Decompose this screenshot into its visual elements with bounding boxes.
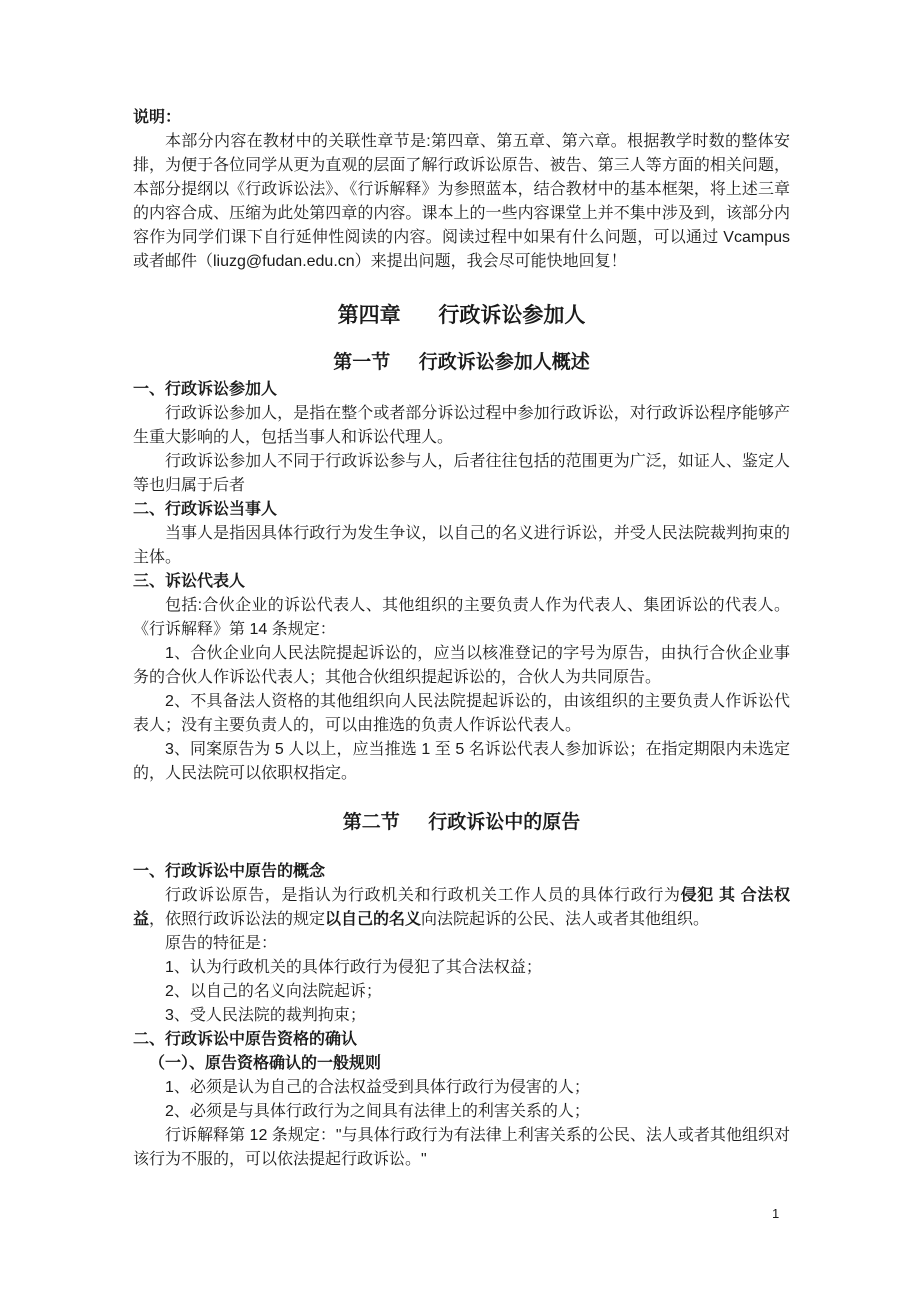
page-number: 1: [772, 1206, 779, 1222]
list-item: 1、必须是认为自己的合法权益受到具体行政行为侵害的人；: [133, 1076, 790, 1100]
list-item: 3、同案原告为 5 人以上，应当推选 1 至 5 名诉讼代表人参加诉讼；在指定期…: [133, 738, 790, 786]
list-item: 1、合伙企业向人民法院提起诉讼的，应当以核准登记的字号为原告，由执行合伙企业事务…: [133, 642, 790, 690]
intro-paragraph: 本部分内容在教材中的关联性章节是:第四章、第五章、第六章。根据教学时数的整体安排…: [133, 130, 790, 274]
list-item: 1、认为行政机关的具体行政行为侵犯了其合法权益；: [133, 956, 790, 980]
section2-subheading-2: 二、行政诉讼中原告资格的确认: [133, 1028, 790, 1052]
section1-subheading-2: 二、行政诉讼当事人: [133, 498, 790, 522]
section2-subheading-2-1: （一）、原告资格确认的一般规则: [133, 1052, 790, 1076]
document-content: 说明： 本部分内容在教材中的关联性章节是:第四章、第五章、第六章。根据教学时数的…: [133, 106, 790, 1172]
section1-heading: 第一节 行政诉讼参加人概述: [133, 350, 790, 376]
concept-text: ，依照行政诉讼法的规定: [149, 911, 325, 928]
body-paragraph: 当事人是指因具体行政行为发生争议，以自己的名义进行诉讼，并受人民法院裁判拘束的主…: [133, 522, 790, 570]
section2-heading: 第二节 行政诉讼中的原告: [133, 810, 790, 836]
chapter-heading: 第四章 行政诉讼参加人: [133, 300, 790, 332]
list-item: 3、受人民法院的裁判拘束；: [133, 1004, 790, 1028]
section1-title: 行政诉讼参加人概述: [419, 350, 590, 376]
list-item: 2、必须是与具体行政行为之间具有法律上的利害关系的人；: [133, 1100, 790, 1124]
concept-text: 行政诉讼原告，是指认为行政机关和行政机关工作人员的具体行政行为: [165, 887, 681, 904]
concept-bold-phrase: 以自己的名义: [325, 911, 421, 928]
document-page: 说明： 本部分内容在教材中的关联性章节是:第四章、第五章、第六章。根据教学时数的…: [0, 0, 920, 1302]
body-paragraph: 包括:合伙企业的诉讼代表人、其他组织的主要负责人作为代表人、集团诉讼的代表人。《…: [133, 594, 790, 642]
concept-paragraph: 行政诉讼原告，是指认为行政机关和行政机关工作人员的具体行政行为侵犯 其 合法权益…: [133, 884, 790, 932]
section1-number: 第一节: [333, 350, 390, 376]
section2-subheading-1: 一、行政诉讼中原告的概念: [133, 860, 790, 884]
chapter-number: 第四章: [338, 300, 401, 332]
intro-label: 说明：: [133, 106, 790, 130]
list-item: 2、以自己的名义向法院起诉；: [133, 980, 790, 1004]
section2-number: 第二节: [343, 810, 400, 836]
body-paragraph: 行政诉讼参加人不同于行政诉讼参与人，后者往往包括的范围更为广泛，如证人、鉴定人等…: [133, 450, 790, 498]
chapter-title: 行政诉讼参加人: [438, 300, 585, 332]
section2-title: 行政诉讼中的原告: [428, 810, 580, 836]
body-paragraph: 行政诉讼参加人，是指在整个或者部分诉讼过程中参加行政诉讼，对行政诉讼程序能够产生…: [133, 402, 790, 450]
section1-subheading-3: 三、诉讼代表人: [133, 570, 790, 594]
quote-paragraph: 行诉解释第 12 条规定："与具体行政行为有法律上利害关系的公民、法人或者其他组…: [133, 1124, 790, 1172]
concept-text: 向法院起诉的公民、法人或者其他组织。: [421, 911, 709, 928]
features-label: 原告的特征是：: [133, 932, 790, 956]
list-item: 2、不具备法人资格的其他组织向人民法院提起诉讼的，由该组织的主要负责人作诉讼代表…: [133, 690, 790, 738]
section1-subheading-1: 一、行政诉讼参加人: [133, 378, 790, 402]
